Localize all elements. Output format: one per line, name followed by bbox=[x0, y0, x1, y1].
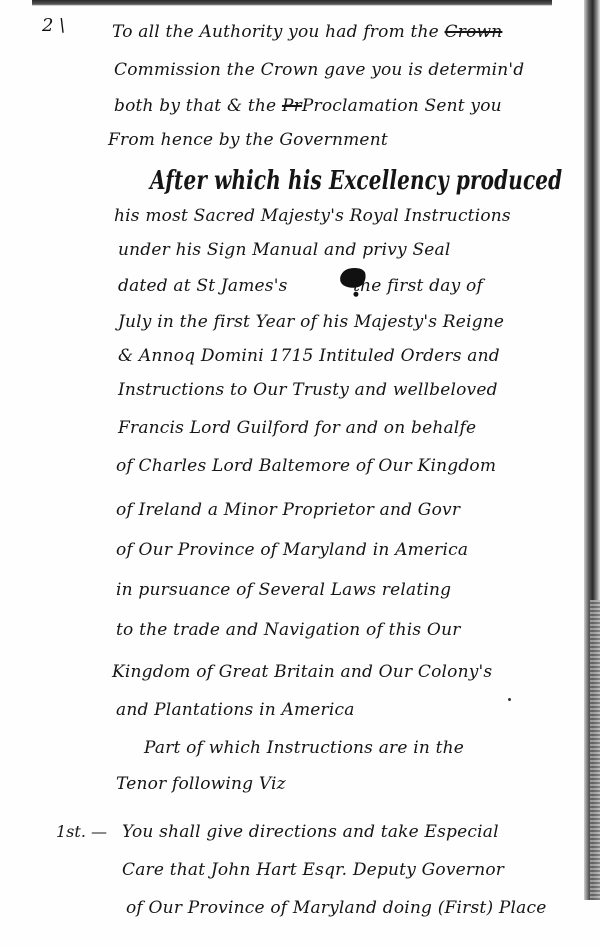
manuscript-line-15: of Our Province of Maryland in America bbox=[116, 540, 468, 560]
ink-speck bbox=[508, 698, 511, 701]
manuscript-line-13: of Charles Lord Baltemore of Our Kingdom bbox=[116, 456, 496, 476]
manuscript-line-17: to the trade and Navigation of this Our bbox=[116, 620, 461, 640]
line-text: to the trade and Navigation of this Our bbox=[116, 620, 461, 640]
line-text: Commission the Crown gave you is determi… bbox=[114, 60, 524, 80]
line-text: Care that John Hart Esqr. Deputy Governo… bbox=[122, 860, 504, 880]
line-text: of Our Province of Maryland in America bbox=[116, 540, 468, 560]
manuscript-line-7: under his Sign Manual and privy Seal bbox=[118, 240, 451, 260]
line-text: After which his Excellency produced bbox=[150, 166, 562, 196]
manuscript-line-5: After which his Excellency produced bbox=[150, 166, 562, 196]
page-number: 2 \ bbox=[42, 15, 65, 36]
line-text: of Ireland a Minor Proprietor and Govr bbox=[116, 500, 460, 520]
manuscript-line-19: and Plantations in America bbox=[116, 700, 355, 720]
scan-right-edge-texture bbox=[590, 600, 600, 900]
manuscript-page: 2 \ To all the Authority you had from th… bbox=[0, 0, 600, 946]
line-text: Kingdom of Great Britain and Our Colony'… bbox=[112, 662, 492, 682]
manuscript-line-12: Francis Lord Guilford for and on behalfe bbox=[118, 418, 476, 438]
struck-word: Crown bbox=[445, 22, 503, 42]
manuscript-line-4: From hence by the Government bbox=[108, 130, 388, 150]
line-text: and Plantations in America bbox=[116, 700, 355, 720]
struck-word: Pr bbox=[282, 96, 302, 116]
manuscript-line-23: Care that John Hart Esqr. Deputy Governo… bbox=[122, 860, 504, 880]
manuscript-line-3: both by that & the PrProclamation Sent y… bbox=[114, 96, 502, 116]
manuscript-line-16: in pursuance of Several Laws relating bbox=[116, 580, 451, 600]
line-text: under his Sign Manual and privy Seal bbox=[118, 240, 451, 260]
line-text-after: Proclamation Sent you bbox=[302, 96, 502, 116]
line-text: his most Sacred Majesty's Royal Instruct… bbox=[114, 206, 511, 226]
line-text-after: the first day of bbox=[348, 276, 483, 296]
line-text: Francis Lord Guilford for and on behalfe bbox=[118, 418, 476, 438]
manuscript-line-6: his most Sacred Majesty's Royal Instruct… bbox=[114, 206, 511, 226]
line-text: Part of which Instructions are in the bbox=[144, 738, 464, 758]
manuscript-line-14: of Ireland a Minor Proprietor and Govr bbox=[116, 500, 460, 520]
manuscript-line-8: dated at St James's the first day of bbox=[118, 276, 483, 296]
line-text: You shall give directions and take Espec… bbox=[122, 822, 499, 842]
scan-top-edge-shadow bbox=[32, 0, 552, 6]
line-text: Instructions to Our Trusty and wellbelov… bbox=[118, 380, 498, 400]
line-text: in pursuance of Several Laws relating bbox=[116, 580, 451, 600]
line-text: & Annoq Domini 1715 Intituled Orders and bbox=[118, 346, 500, 366]
line-text: Tenor following Viz bbox=[116, 774, 286, 794]
manuscript-line-24: of Our Province of Maryland doing (First… bbox=[126, 898, 547, 918]
manuscript-line-10: & Annoq Domini 1715 Intituled Orders and bbox=[118, 346, 500, 366]
manuscript-line-11: Instructions to Our Trusty and wellbelov… bbox=[118, 380, 498, 400]
line-text: both by that & the bbox=[114, 96, 282, 116]
line-text: dated at St James's bbox=[118, 276, 288, 296]
line-text: of Our Province of Maryland doing (First… bbox=[126, 898, 547, 918]
manuscript-line-1: To all the Authority you had from the Cr… bbox=[112, 22, 502, 42]
manuscript-line-18: Kingdom of Great Britain and Our Colony'… bbox=[112, 662, 492, 682]
line-text: of Charles Lord Baltemore of Our Kingdom bbox=[116, 456, 496, 476]
line-text: From hence by the Government bbox=[108, 130, 388, 150]
manuscript-line-2: Commission the Crown gave you is determi… bbox=[114, 60, 524, 80]
line-text: July in the first Year of his Majesty's … bbox=[118, 312, 504, 332]
manuscript-line-9: July in the first Year of his Majesty's … bbox=[118, 312, 504, 332]
manuscript-line-21: Tenor following Viz bbox=[116, 774, 286, 794]
line-text: To all the Authority you had from the bbox=[112, 22, 445, 42]
manuscript-line-22: You shall give directions and take Espec… bbox=[122, 822, 499, 842]
manuscript-line-20: Part of which Instructions are in the bbox=[144, 738, 464, 758]
margin-note-item-number: 1st. — bbox=[56, 822, 107, 841]
